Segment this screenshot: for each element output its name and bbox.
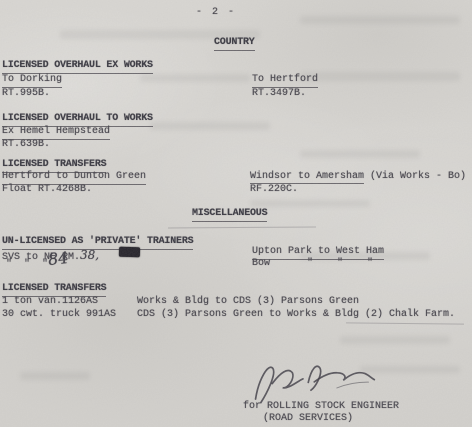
transfer-vehicle: 30 cwt. truck 991AS [2,309,116,321]
ghost-underline [168,226,316,228]
stock-float-rt4268b: Float RT.4268B. [2,184,92,196]
route-to-hertford: To Hertford [252,74,318,88]
heading-licensed-transfers-2: LICENSED TRANSFERS [2,283,106,297]
signature-role: for ROLLING STOCK ENGINEER [243,401,399,413]
page-number: - 2 - [196,7,236,19]
ditto-marks-left: " " " [6,259,48,271]
paper-smudge [300,150,420,158]
signature-department: (ROAD SERVICES) [263,413,353,425]
handwritten-38: 38, [80,248,99,262]
heading-overhaul-ex-works: LICENSED OVERHAUL EX WORKS [2,60,153,74]
transfer-vehicle: 1 ton van.1126AS [2,296,98,308]
paper-smudge [340,336,450,344]
paper-smudge [20,372,90,380]
route-windsor-amersham-underlined: Windsor to Amersham [250,171,364,184]
handwritten-84: 84 [47,252,69,266]
stock-rt639b: RT.639B. [2,139,50,151]
route-ex-hemel-hempstead: Ex Hemel Hempstead [2,126,110,140]
handwritten-signature [246,350,380,407]
document-page: - 2 - COUNTRY LICENSED OVERHAUL EX WORKS… [0,0,472,427]
heading-overhaul-to-works: LICENSED OVERHAUL TO WORKS [2,113,153,127]
paper-smudge [150,122,270,130]
redaction-mark [119,247,140,258]
section-title-miscellaneous: MISCELLANEOUS [192,208,267,222]
route-windsor-amersham: Windsor to Amersham (Via Works - Bo) [250,171,466,183]
route-hertford-dunton-green: Hertford to Dunton Green [2,171,146,185]
paper-smudge [250,200,370,207]
paper-smudge [300,16,460,24]
ghost-underline [346,322,464,324]
stock-rt3497b: RT.3497B. [252,88,306,100]
paper-smudge [300,72,460,81]
ditto-marks-right: " " " [307,258,373,270]
bow-label: Bow [252,258,270,270]
route-windsor-amersham-note: (Via Works - Bo) [364,171,466,182]
stock-rf220c: RF.220C. [250,184,298,196]
paper-smudge [140,74,250,82]
route-to-dorking: To Dorking [2,74,62,88]
stock-rt995b: RT.995B. [2,88,50,100]
section-title-country: COUNTRY [214,37,255,51]
transfer-movement: CDS (3) Parsons Green to Works & Bldg (2… [137,309,455,321]
transfer-movement: Works & Bldg to CDS (3) Parsons Green [137,296,359,308]
